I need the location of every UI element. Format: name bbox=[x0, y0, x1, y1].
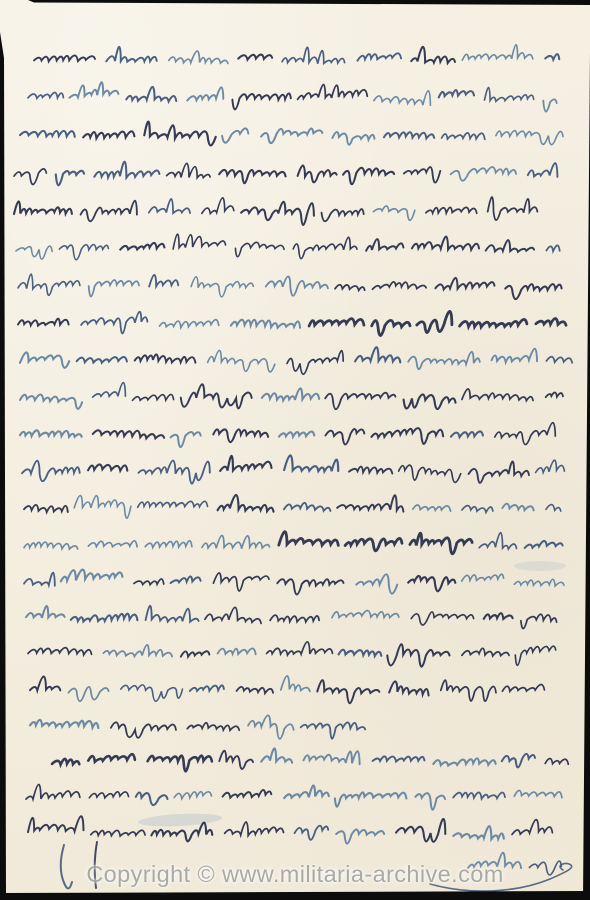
handwriting-word-stroke bbox=[298, 165, 337, 182]
handwriting-line bbox=[52, 748, 568, 771]
handwriting-word-stroke bbox=[121, 685, 183, 701]
handwriting-word-stroke bbox=[88, 754, 135, 762]
handwriting-word-stroke bbox=[546, 505, 561, 512]
handwriting-word-stroke bbox=[202, 535, 270, 548]
handwriting-word-stroke bbox=[484, 613, 513, 619]
handwriting-word-stroke bbox=[345, 538, 402, 550]
handwriting-line bbox=[26, 784, 562, 809]
handwriting-word-stroke bbox=[337, 495, 403, 511]
handwriting-word-stroke bbox=[213, 429, 268, 442]
handwriting-word-stroke bbox=[89, 280, 139, 297]
handwriting-line bbox=[30, 715, 365, 739]
handwriting-word-stroke bbox=[28, 648, 92, 655]
handwriting-word-stroke bbox=[277, 579, 343, 594]
handwriting-word-stroke bbox=[442, 133, 485, 139]
handwriting-word-stroke bbox=[89, 792, 128, 798]
letter-page: Copyright © www.militaria-archive.com bbox=[0, 0, 590, 900]
handwriting-word-stroke bbox=[202, 198, 234, 214]
handwriting-word-stroke bbox=[93, 383, 126, 397]
handwriting-line bbox=[28, 642, 556, 667]
handwriting-word-stroke bbox=[81, 201, 137, 222]
handwriting-word-stroke bbox=[138, 461, 209, 484]
handwriting-word-stroke bbox=[366, 239, 403, 251]
handwriting-word-stroke bbox=[16, 246, 52, 259]
handwriting-word-stroke bbox=[187, 87, 223, 100]
handwriting-word-stroke bbox=[134, 579, 164, 585]
handwriting-word-stroke bbox=[462, 45, 533, 60]
handwriting-word-stroke bbox=[396, 819, 445, 842]
handwriting-word-stroke bbox=[187, 723, 239, 731]
handwriting-word-stroke bbox=[237, 687, 274, 693]
handwriting-word-stroke bbox=[453, 792, 505, 798]
handwriting-word-stroke bbox=[373, 282, 427, 289]
handwriting-word-stroke bbox=[144, 122, 215, 146]
handwriting-word-stroke bbox=[462, 506, 493, 513]
handwriting-word-stroke bbox=[545, 54, 559, 59]
handwriting-word-stroke bbox=[88, 464, 127, 470]
handwriting-word-stroke bbox=[356, 574, 397, 593]
handwriting-word-stroke bbox=[135, 354, 196, 362]
handwriting-word-stroke bbox=[343, 168, 394, 184]
handwriting-word-stroke bbox=[293, 237, 357, 258]
handwriting-word-stroke bbox=[20, 430, 82, 436]
handwriting-word-stroke bbox=[439, 90, 474, 97]
handwriting-word-stroke bbox=[335, 792, 407, 806]
handwriting-word-stroke bbox=[543, 99, 556, 111]
handwriting-word-stroke bbox=[502, 684, 544, 691]
handwriting-word-stroke bbox=[496, 131, 563, 145]
handwriting-word-stroke bbox=[20, 394, 82, 408]
handwriting-word-stroke bbox=[190, 685, 224, 691]
handwriting-line bbox=[14, 197, 537, 225]
handwriting-word-stroke bbox=[235, 242, 284, 256]
handwriting-word-stroke bbox=[52, 759, 79, 765]
handwriting-word-stroke bbox=[71, 614, 138, 622]
handwriting-word-stroke bbox=[389, 681, 428, 695]
handwriting-word-stroke bbox=[512, 820, 552, 835]
handwriting-line bbox=[26, 606, 557, 629]
handwriting-word-stroke bbox=[284, 455, 338, 471]
handwriting-word-stroke bbox=[111, 722, 176, 738]
handwriting-line bbox=[20, 347, 572, 374]
handwriting-line bbox=[28, 82, 557, 111]
handwriting-word-stroke bbox=[24, 542, 78, 549]
handwriting-word-stroke bbox=[94, 162, 159, 178]
handwriting-word-stroke bbox=[22, 461, 80, 481]
handwriting-word-stroke bbox=[505, 284, 561, 299]
handwriting-word-stroke bbox=[28, 816, 84, 832]
handwriting-line bbox=[18, 274, 562, 299]
handwriting-word-stroke bbox=[238, 55, 272, 60]
handwriting-word-stroke bbox=[339, 650, 382, 656]
handwriting-word-stroke bbox=[149, 199, 190, 213]
handwriting-word-stroke bbox=[410, 533, 472, 554]
handwriting-word-stroke bbox=[399, 465, 461, 482]
handwriting-word-stroke bbox=[325, 393, 395, 410]
handwriting-word-stroke bbox=[304, 751, 360, 764]
handwriting-word-stroke bbox=[408, 576, 455, 591]
handwriting-word-stroke bbox=[26, 606, 65, 618]
handwriting-word-stroke bbox=[502, 754, 535, 767]
handwriting-word-stroke bbox=[222, 128, 248, 142]
handwriting-word-stroke bbox=[336, 829, 384, 843]
handwriting-word-stroke bbox=[479, 533, 516, 549]
handwriting-word-stroke bbox=[91, 830, 145, 836]
handwriting-word-stroke bbox=[103, 645, 172, 657]
handwriting-word-stroke bbox=[325, 429, 364, 445]
handwriting-word-stroke bbox=[525, 541, 563, 548]
handwriting-word-stroke bbox=[93, 430, 164, 438]
handwriting-word-stroke bbox=[332, 132, 374, 145]
handwriting-line bbox=[30, 676, 544, 703]
handwriting-word-stroke bbox=[149, 275, 178, 287]
handwriting-word-stroke bbox=[462, 648, 509, 656]
handwriting-word-stroke bbox=[191, 277, 253, 297]
handwriting-word-stroke bbox=[30, 677, 60, 691]
handwriting-word-stroke bbox=[374, 206, 415, 220]
handwriting-svg bbox=[0, 0, 590, 900]
scan-edge-top bbox=[28, 0, 590, 5]
handwriting-word-stroke bbox=[223, 790, 272, 798]
handwriting-word-stroke bbox=[545, 758, 568, 764]
handwriting-word-stroke bbox=[248, 715, 294, 739]
handwriting-word-stroke bbox=[18, 319, 69, 326]
handwriting-word-stroke bbox=[317, 680, 379, 703]
handwriting-line bbox=[16, 234, 560, 260]
handwriting-word-stroke bbox=[298, 85, 368, 100]
handwriting-word-stroke bbox=[287, 351, 343, 375]
handwriting-word-stroke bbox=[413, 505, 451, 511]
handwriting-word-stroke bbox=[279, 432, 314, 437]
handwriting-word-stroke bbox=[14, 169, 46, 185]
handwriting-word-stroke bbox=[219, 170, 285, 183]
handwriting-line bbox=[20, 383, 563, 410]
handwriting-word-stroke bbox=[169, 51, 228, 63]
handwriting-line bbox=[20, 122, 563, 146]
handwriting-word-stroke bbox=[417, 311, 452, 332]
handwriting-word-stroke bbox=[133, 394, 174, 400]
handwriting-word-stroke bbox=[355, 347, 400, 362]
handwriting-word-stroke bbox=[181, 384, 252, 408]
handwriting-word-stroke bbox=[357, 53, 401, 60]
ink-smear bbox=[514, 561, 566, 571]
handwriting-word-stroke bbox=[138, 501, 208, 507]
handwriting-word-stroke bbox=[546, 357, 572, 363]
handwriting-word-stroke bbox=[546, 392, 563, 397]
handwriting-word-stroke bbox=[521, 614, 557, 628]
handwriting-word-stroke bbox=[261, 128, 322, 143]
handwriting-word-stroke bbox=[322, 209, 364, 221]
handwriting-word-stroke bbox=[546, 245, 559, 251]
handwriting-word-stroke bbox=[145, 541, 192, 548]
handwriting-word-stroke bbox=[495, 423, 555, 445]
handwriting-word-stroke bbox=[404, 394, 456, 409]
handwriting-line bbox=[18, 311, 566, 335]
handwriting-word-stroke bbox=[411, 47, 455, 63]
handwriting-word-stroke bbox=[173, 234, 226, 249]
handwriting-word-stroke bbox=[213, 573, 269, 591]
handwriting-word-stroke bbox=[372, 320, 410, 335]
handwriting-word-stroke bbox=[488, 197, 538, 220]
handwriting-word-stroke bbox=[83, 131, 134, 138]
handwriting-word-stroke bbox=[451, 431, 483, 437]
handwriting-word-stroke bbox=[404, 167, 440, 182]
handwriting-word-stroke bbox=[171, 576, 201, 583]
handwriting-word-stroke bbox=[56, 171, 84, 185]
handwriting-word-stroke bbox=[514, 790, 562, 797]
handwriting-word-stroke bbox=[77, 357, 127, 363]
handwriting-word-stroke bbox=[387, 644, 449, 666]
handwriting-word-stroke bbox=[61, 570, 123, 582]
handwriting-word-stroke bbox=[411, 612, 473, 625]
handwriting-word-stroke bbox=[469, 461, 529, 483]
handwriting-word-stroke bbox=[68, 687, 108, 701]
scan-edge-bottom bbox=[0, 891, 590, 900]
handwriting-word-stroke bbox=[160, 320, 219, 328]
watermark-text: Copyright © www.militaria-archive.com bbox=[0, 861, 590, 888]
handwriting-word-stroke bbox=[18, 274, 80, 295]
handwriting-word-stroke bbox=[453, 826, 503, 839]
handwriting-word-stroke bbox=[408, 352, 480, 369]
handwriting-word-stroke bbox=[74, 496, 131, 519]
handwriting-word-stroke bbox=[148, 756, 212, 772]
handwriting-word-stroke bbox=[486, 240, 534, 252]
handwriting-word-stroke bbox=[231, 320, 300, 328]
handwriting-word-stroke bbox=[270, 615, 319, 622]
handwriting-word-stroke bbox=[528, 163, 558, 177]
handwriting-word-stroke bbox=[34, 55, 95, 61]
handwriting-line bbox=[22, 455, 564, 483]
handwriting-word-stroke bbox=[219, 751, 253, 769]
handwriting-word-stroke bbox=[332, 611, 399, 618]
handwriting-word-stroke bbox=[136, 793, 168, 806]
handwriting-word-stroke bbox=[262, 388, 319, 400]
handwriting-word-stroke bbox=[384, 132, 434, 138]
handwriting-line bbox=[20, 423, 555, 447]
handwriting-word-stroke bbox=[412, 237, 479, 250]
handwriting-word-stroke bbox=[426, 207, 477, 213]
handwriting-word-stroke bbox=[462, 574, 504, 581]
handwriting-word-stroke bbox=[284, 785, 329, 798]
handwriting-word-stroke bbox=[30, 720, 98, 728]
handwriting-word-stroke bbox=[301, 722, 366, 738]
handwriting-word-stroke bbox=[309, 319, 364, 326]
handwriting-word-stroke bbox=[451, 167, 516, 181]
handwriting-line bbox=[28, 816, 552, 843]
handwriting-word-stroke bbox=[515, 646, 555, 665]
handwriting-word-stroke bbox=[349, 467, 392, 474]
handwriting-word-stroke bbox=[218, 495, 274, 512]
handwriting-word-stroke bbox=[59, 245, 108, 260]
handwriting-word-stroke bbox=[460, 319, 527, 326]
handwriting-line bbox=[14, 162, 557, 186]
handwriting-word-stroke bbox=[171, 432, 201, 447]
handwriting-word-stroke bbox=[69, 82, 118, 97]
handwriting-word-stroke bbox=[441, 680, 496, 701]
handwriting-word-stroke bbox=[485, 87, 534, 101]
handwriting-word-stroke bbox=[462, 389, 533, 401]
handwriting-word-stroke bbox=[205, 607, 261, 623]
handwriting-word-stroke bbox=[220, 456, 271, 471]
handwriting-word-stroke bbox=[266, 276, 328, 295]
handwriting-word-stroke bbox=[88, 541, 137, 547]
handwriting-line bbox=[24, 495, 561, 518]
handwriting-word-stroke bbox=[26, 784, 80, 799]
handwriting-word-stroke bbox=[120, 243, 164, 250]
handwriting-word-stroke bbox=[502, 504, 533, 511]
handwriting-word-stroke bbox=[284, 503, 331, 511]
handwriting-word-stroke bbox=[232, 93, 290, 109]
scan-edge-right bbox=[583, 52, 590, 900]
handwriting-word-stroke bbox=[415, 793, 445, 810]
handwriting-word-stroke bbox=[433, 758, 495, 765]
handwriting-word-stroke bbox=[335, 285, 365, 291]
handwriting-word-stroke bbox=[514, 579, 564, 586]
handwriting-word-stroke bbox=[218, 648, 256, 654]
handwriting-word-stroke bbox=[126, 87, 176, 102]
handwriting-word-stroke bbox=[536, 319, 566, 326]
ink-smear bbox=[138, 812, 223, 828]
handwriting-word-stroke bbox=[24, 573, 55, 586]
handwriting-word-stroke bbox=[174, 792, 211, 799]
handwriting-word-stroke bbox=[279, 532, 339, 546]
handwriting-word-stroke bbox=[295, 826, 329, 840]
handwriting-word-stroke bbox=[167, 163, 211, 177]
handwriting-line bbox=[24, 570, 564, 595]
handwriting-word-stroke bbox=[181, 651, 210, 656]
handwriting-word-stroke bbox=[536, 460, 565, 472]
handwriting-word-stroke bbox=[225, 822, 284, 835]
handwriting-word-stroke bbox=[435, 278, 494, 290]
handwriting-line bbox=[34, 45, 559, 64]
handwriting-word-stroke bbox=[372, 428, 444, 444]
handwriting-word-stroke bbox=[261, 748, 292, 762]
scan-edge-left bbox=[0, 32, 6, 900]
handwriting-line bbox=[24, 532, 563, 554]
handwriting-word-stroke bbox=[373, 756, 425, 761]
handwriting-word-stroke bbox=[492, 349, 537, 363]
handwriting-word-stroke bbox=[281, 676, 310, 691]
handwriting-word-stroke bbox=[106, 47, 156, 62]
handwriting-word-stroke bbox=[81, 312, 147, 334]
handwriting-word-stroke bbox=[14, 201, 72, 214]
handwriting-word-stroke bbox=[146, 606, 199, 622]
handwriting-word-stroke bbox=[267, 642, 333, 655]
handwriting-word-stroke bbox=[28, 92, 63, 98]
handwriting-word-stroke bbox=[374, 91, 431, 105]
handwriting-word-stroke bbox=[20, 131, 75, 137]
handwriting-word-stroke bbox=[241, 202, 314, 225]
handwriting-word-stroke bbox=[282, 47, 345, 64]
handwriting-word-stroke bbox=[208, 350, 275, 372]
handwriting-word-stroke bbox=[20, 352, 69, 367]
handwriting-word-stroke bbox=[24, 505, 68, 512]
